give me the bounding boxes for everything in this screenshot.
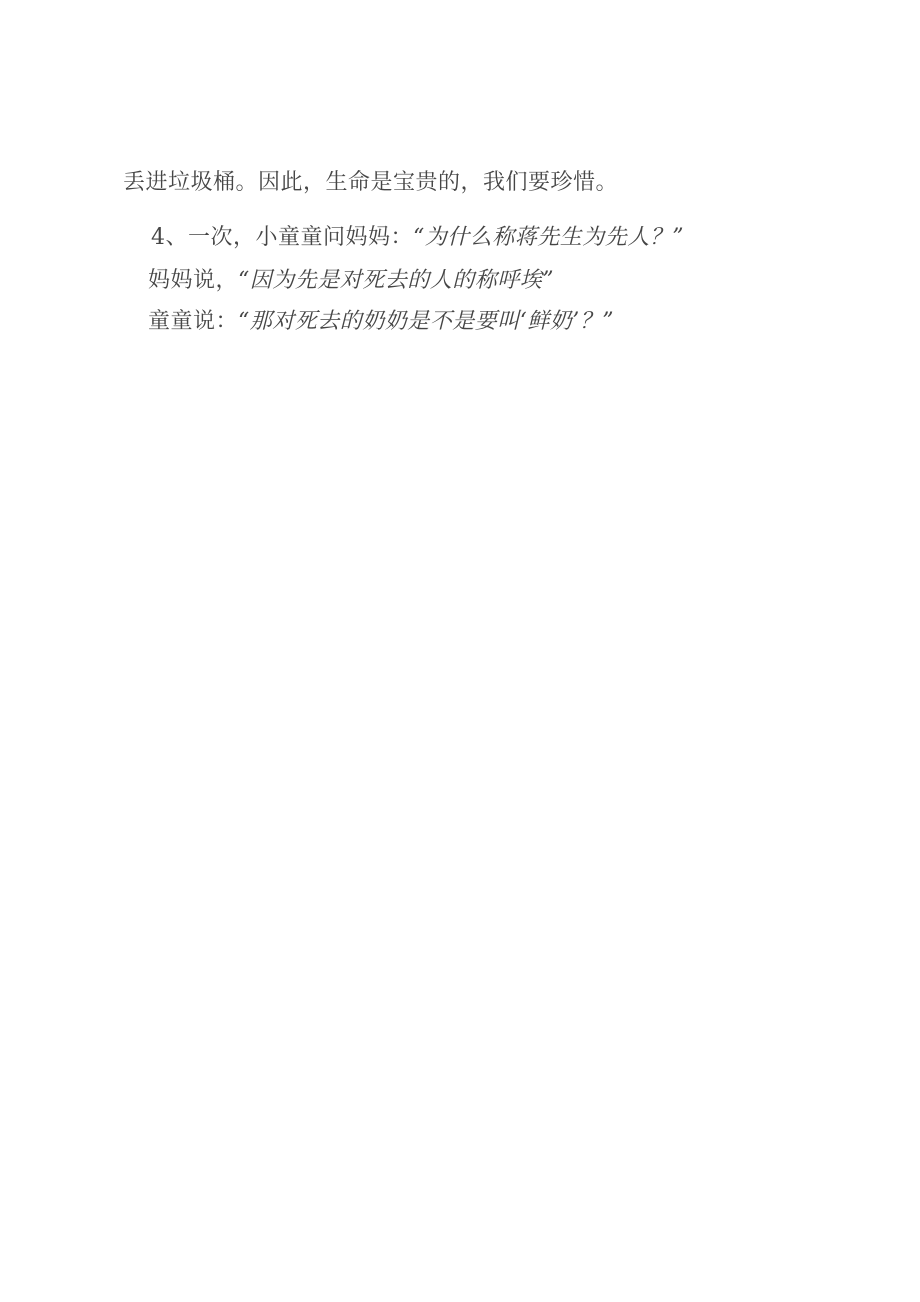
quoted-speech: “那对死去的奶奶是不是要叫‘鲜奶’？” bbox=[238, 309, 614, 334]
paragraph-mother-reply: 妈妈说，“因为先是对死去的人的称呼埃” bbox=[148, 268, 554, 294]
paragraph-text: 4、一次，小童童问妈妈： bbox=[151, 225, 413, 250]
paragraph-text: 妈妈说， bbox=[148, 268, 238, 293]
quoted-speech: “因为先是对死去的人的称呼埃” bbox=[238, 268, 554, 293]
paragraph-question: 4、一次，小童童问妈妈：“为什么称蒋先生为先人？” bbox=[151, 225, 684, 251]
paragraph-text: 童童说： bbox=[148, 309, 238, 334]
paragraph-child-reply: 童童说：“那对死去的奶奶是不是要叫‘鲜奶’？” bbox=[148, 309, 614, 335]
paragraph-text: 丢进垃圾桶。因此，生命是宝贵的，我们要珍惜。 bbox=[123, 170, 618, 195]
document-page: 丢进垃圾桶。因此，生命是宝贵的，我们要珍惜。 4、一次，小童童问妈妈：“为什么称… bbox=[0, 0, 920, 1302]
paragraph-continuation: 丢进垃圾桶。因此，生命是宝贵的，我们要珍惜。 bbox=[123, 170, 618, 196]
quoted-speech: “为什么称蒋先生为先人？” bbox=[413, 225, 684, 250]
